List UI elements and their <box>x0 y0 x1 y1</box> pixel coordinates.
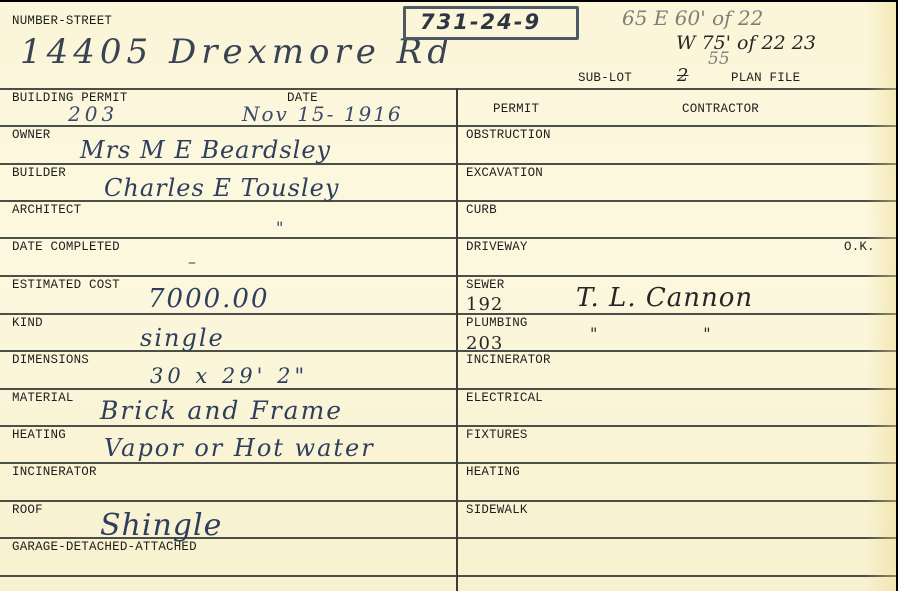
date-value: Nov 15- 1916 <box>242 102 403 126</box>
date-completed-value: – <box>188 252 196 271</box>
dimensions-label: DIMENSIONS <box>12 353 89 367</box>
divider <box>0 88 896 90</box>
driveway-label: DRIVEWAY <box>466 240 528 254</box>
driveway-note: O.K. <box>844 240 875 254</box>
permit-column-header: PERMIT <box>493 102 539 116</box>
divider <box>0 125 896 127</box>
address-value: 14405 Drexmore Rd <box>20 32 454 72</box>
incinerator-label: INCINERATOR <box>12 465 97 479</box>
garage-label: GARAGE-DETACHED-ATTACHED <box>12 540 197 554</box>
building-permit-value: 203 <box>68 102 118 126</box>
heating-value: Vapor or Hot water <box>104 434 375 462</box>
owner-value: Mrs M E Beardsley <box>80 136 331 164</box>
owner-label: OWNER <box>12 128 51 142</box>
estimated-cost-label: ESTIMATED COST <box>12 278 120 292</box>
record-number-stamp: 731-24-9 <box>403 6 579 40</box>
number-street-label: NUMBER-STREET <box>12 14 112 28</box>
material-value: Brick and Frame <box>100 396 343 425</box>
plan-file-label: PLAN FILE <box>731 71 800 85</box>
curb-label: CURB <box>466 203 497 217</box>
lot-note-line3: 55 <box>708 49 730 69</box>
divider <box>0 350 896 352</box>
excavation-label: EXCAVATION <box>466 166 543 180</box>
estimated-cost-value: 7000.00 <box>148 284 270 314</box>
obstruction-label: OBSTRUCTION <box>466 128 551 142</box>
plumbing-permit-number: 203 <box>466 333 503 354</box>
sub-lot-label: SUB-LOT <box>578 71 632 85</box>
sewer-contractor: T. L. Cannon <box>576 283 753 313</box>
divider <box>0 575 896 577</box>
lot-note-line2: W 75' of 22 23 <box>676 32 816 54</box>
dimensions-value: 30 x 29' 2" <box>150 364 308 388</box>
kind-value: single <box>140 324 225 352</box>
sub-lot-value: 2 <box>677 65 688 86</box>
fixtures-label: FIXTURES <box>466 428 528 442</box>
plumbing-contractor: " " <box>590 324 716 343</box>
roof-value: Shingle <box>100 508 222 543</box>
architect-value: " <box>276 218 283 237</box>
divider <box>0 313 896 315</box>
material-label: MATERIAL <box>12 391 74 405</box>
heating-permit-label: HEATING <box>466 465 520 479</box>
heating-label: HEATING <box>12 428 66 442</box>
permit-card: NUMBER-STREET 14405 Drexmore Rd 731-24-9… <box>0 2 896 591</box>
builder-label: BUILDER <box>12 166 66 180</box>
incinerator-permit-label: INCINERATOR <box>466 353 551 367</box>
lot-note-line1: 65 E 60' of 22 <box>622 6 763 30</box>
divider <box>0 500 896 502</box>
divider <box>0 462 896 464</box>
record-number: 731-24-9 <box>420 10 541 34</box>
architect-label: ARCHITECT <box>12 203 81 217</box>
divider <box>0 275 896 277</box>
divider <box>0 388 896 390</box>
sidewalk-label: SIDEWALK <box>466 503 528 517</box>
kind-label: KIND <box>12 316 43 330</box>
roof-label: ROOF <box>12 503 43 517</box>
column-divider <box>456 88 458 591</box>
divider <box>0 237 896 239</box>
electrical-label: ELECTRICAL <box>466 391 543 405</box>
builder-value: Charles E Tousley <box>104 174 339 202</box>
sewer-label: SEWER <box>466 278 505 292</box>
contractor-column-header: CONTRACTOR <box>682 102 759 116</box>
plumbing-label: PLUMBING <box>466 316 528 330</box>
date-completed-label: DATE COMPLETED <box>12 240 120 254</box>
divider <box>0 425 896 427</box>
sewer-permit-number: 192 <box>466 294 503 315</box>
